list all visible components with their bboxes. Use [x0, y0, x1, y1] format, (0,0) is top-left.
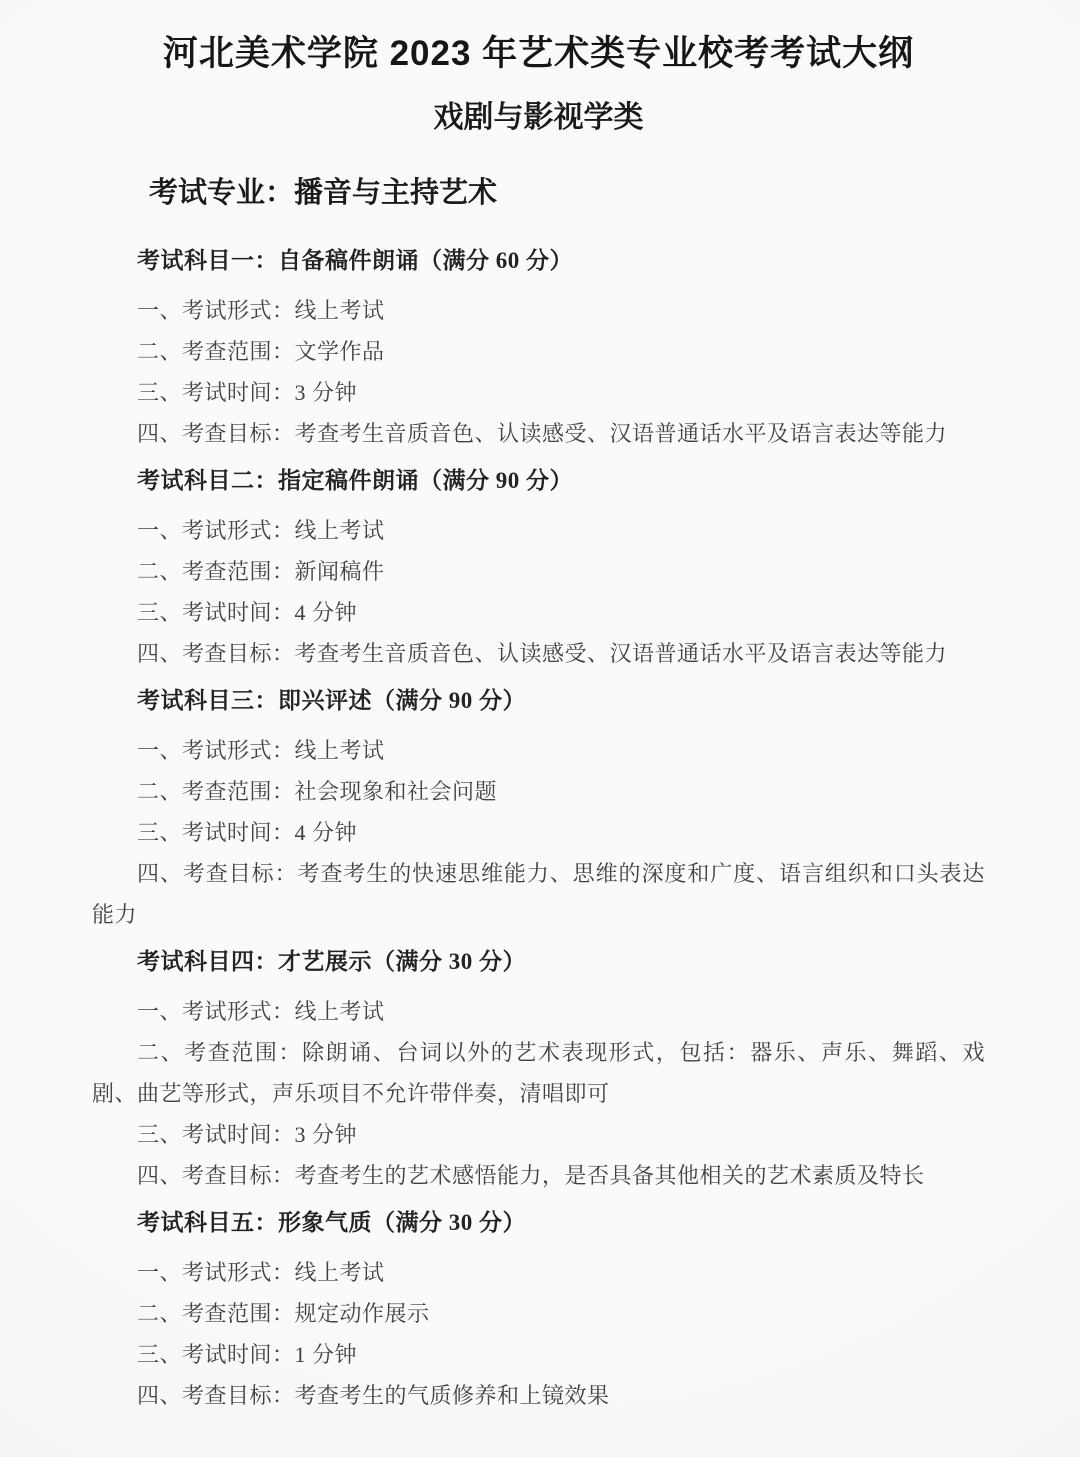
exam-item: 二、考查范围：社会现象和社会问题 [92, 771, 985, 812]
exam-item: 一、考试形式：线上考试 [92, 1252, 985, 1293]
exam-item: 一、考试形式：线上考试 [92, 991, 985, 1032]
exam-item: 四、考查目标：考查考生的气质修养和上镜效果 [92, 1375, 985, 1416]
document-subtitle: 戏剧与影视学类 [92, 96, 985, 140]
document-page: 河北美术学院 2023 年艺术类专业校考考试大纲 戏剧与影视学类 考试专业：播音… [0, 0, 1080, 1457]
exam-item: 三、考试时间：4 分钟 [92, 812, 985, 853]
exam-item: 二、考查范围：文学作品 [92, 331, 985, 372]
exam-item: 三、考试时间：4 分钟 [92, 592, 985, 633]
exam-subject-section-4: 考试科目四：才艺展示（满分 30 分） 一、考试形式：线上考试 二、考查范围：除… [92, 941, 985, 1196]
exam-item: 一、考试形式：线上考试 [92, 730, 985, 771]
exam-item: 四、考查目标：考查考生的艺术感悟能力，是否具备其他相关的艺术素质及特长 [92, 1155, 985, 1196]
exam-subject-section-2: 考试科目二：指定稿件朗诵（满分 90 分） 一、考试形式：线上考试 二、考查范围… [92, 460, 985, 674]
exam-item: 二、考查范围：除朗诵、台词以外的艺术表现形式，包括：器乐、声乐、舞蹈、戏剧、曲艺… [92, 1032, 985, 1114]
exam-item: 三、考试时间：3 分钟 [92, 1114, 985, 1155]
subject-heading: 考试科目一：自备稿件朗诵（满分 60 分） [92, 240, 985, 281]
exam-item: 四、考查目标：考查考生音质音色、认读感受、汉语普通话水平及语言表达等能力 [92, 413, 985, 454]
subject-heading: 考试科目五：形象气质（满分 30 分） [92, 1202, 985, 1243]
exam-item: 二、考查范围：规定动作展示 [92, 1293, 985, 1334]
exam-major-heading: 考试专业：播音与主持艺术 [92, 172, 985, 214]
subject-heading: 考试科目四：才艺展示（满分 30 分） [92, 941, 985, 982]
exam-subject-section-3: 考试科目三：即兴评述（满分 90 分） 一、考试形式：线上考试 二、考查范围：社… [92, 680, 985, 935]
exam-item: 四、考查目标：考查考生音质音色、认读感受、汉语普通话水平及语言表达等能力 [92, 633, 985, 674]
exam-item: 四、考查目标：考查考生的快速思维能力、思维的深度和广度、语言组织和口头表达能力 [92, 853, 985, 935]
exam-subject-section-1: 考试科目一：自备稿件朗诵（满分 60 分） 一、考试形式：线上考试 二、考查范围… [92, 240, 985, 454]
exam-subject-section-5: 考试科目五：形象气质（满分 30 分） 一、考试形式：线上考试 二、考查范围：规… [92, 1202, 985, 1416]
exam-item: 三、考试时间：1 分钟 [92, 1334, 985, 1375]
document-title: 河北美术学院 2023 年艺术类专业校考考试大纲 [92, 28, 985, 80]
exam-item: 二、考查范围：新闻稿件 [92, 551, 985, 592]
exam-item: 一、考试形式：线上考试 [92, 510, 985, 551]
subject-heading: 考试科目三：即兴评述（满分 90 分） [92, 680, 985, 721]
subject-heading: 考试科目二：指定稿件朗诵（满分 90 分） [92, 460, 985, 501]
exam-item: 三、考试时间：3 分钟 [92, 372, 985, 413]
exam-item: 一、考试形式：线上考试 [92, 290, 985, 331]
